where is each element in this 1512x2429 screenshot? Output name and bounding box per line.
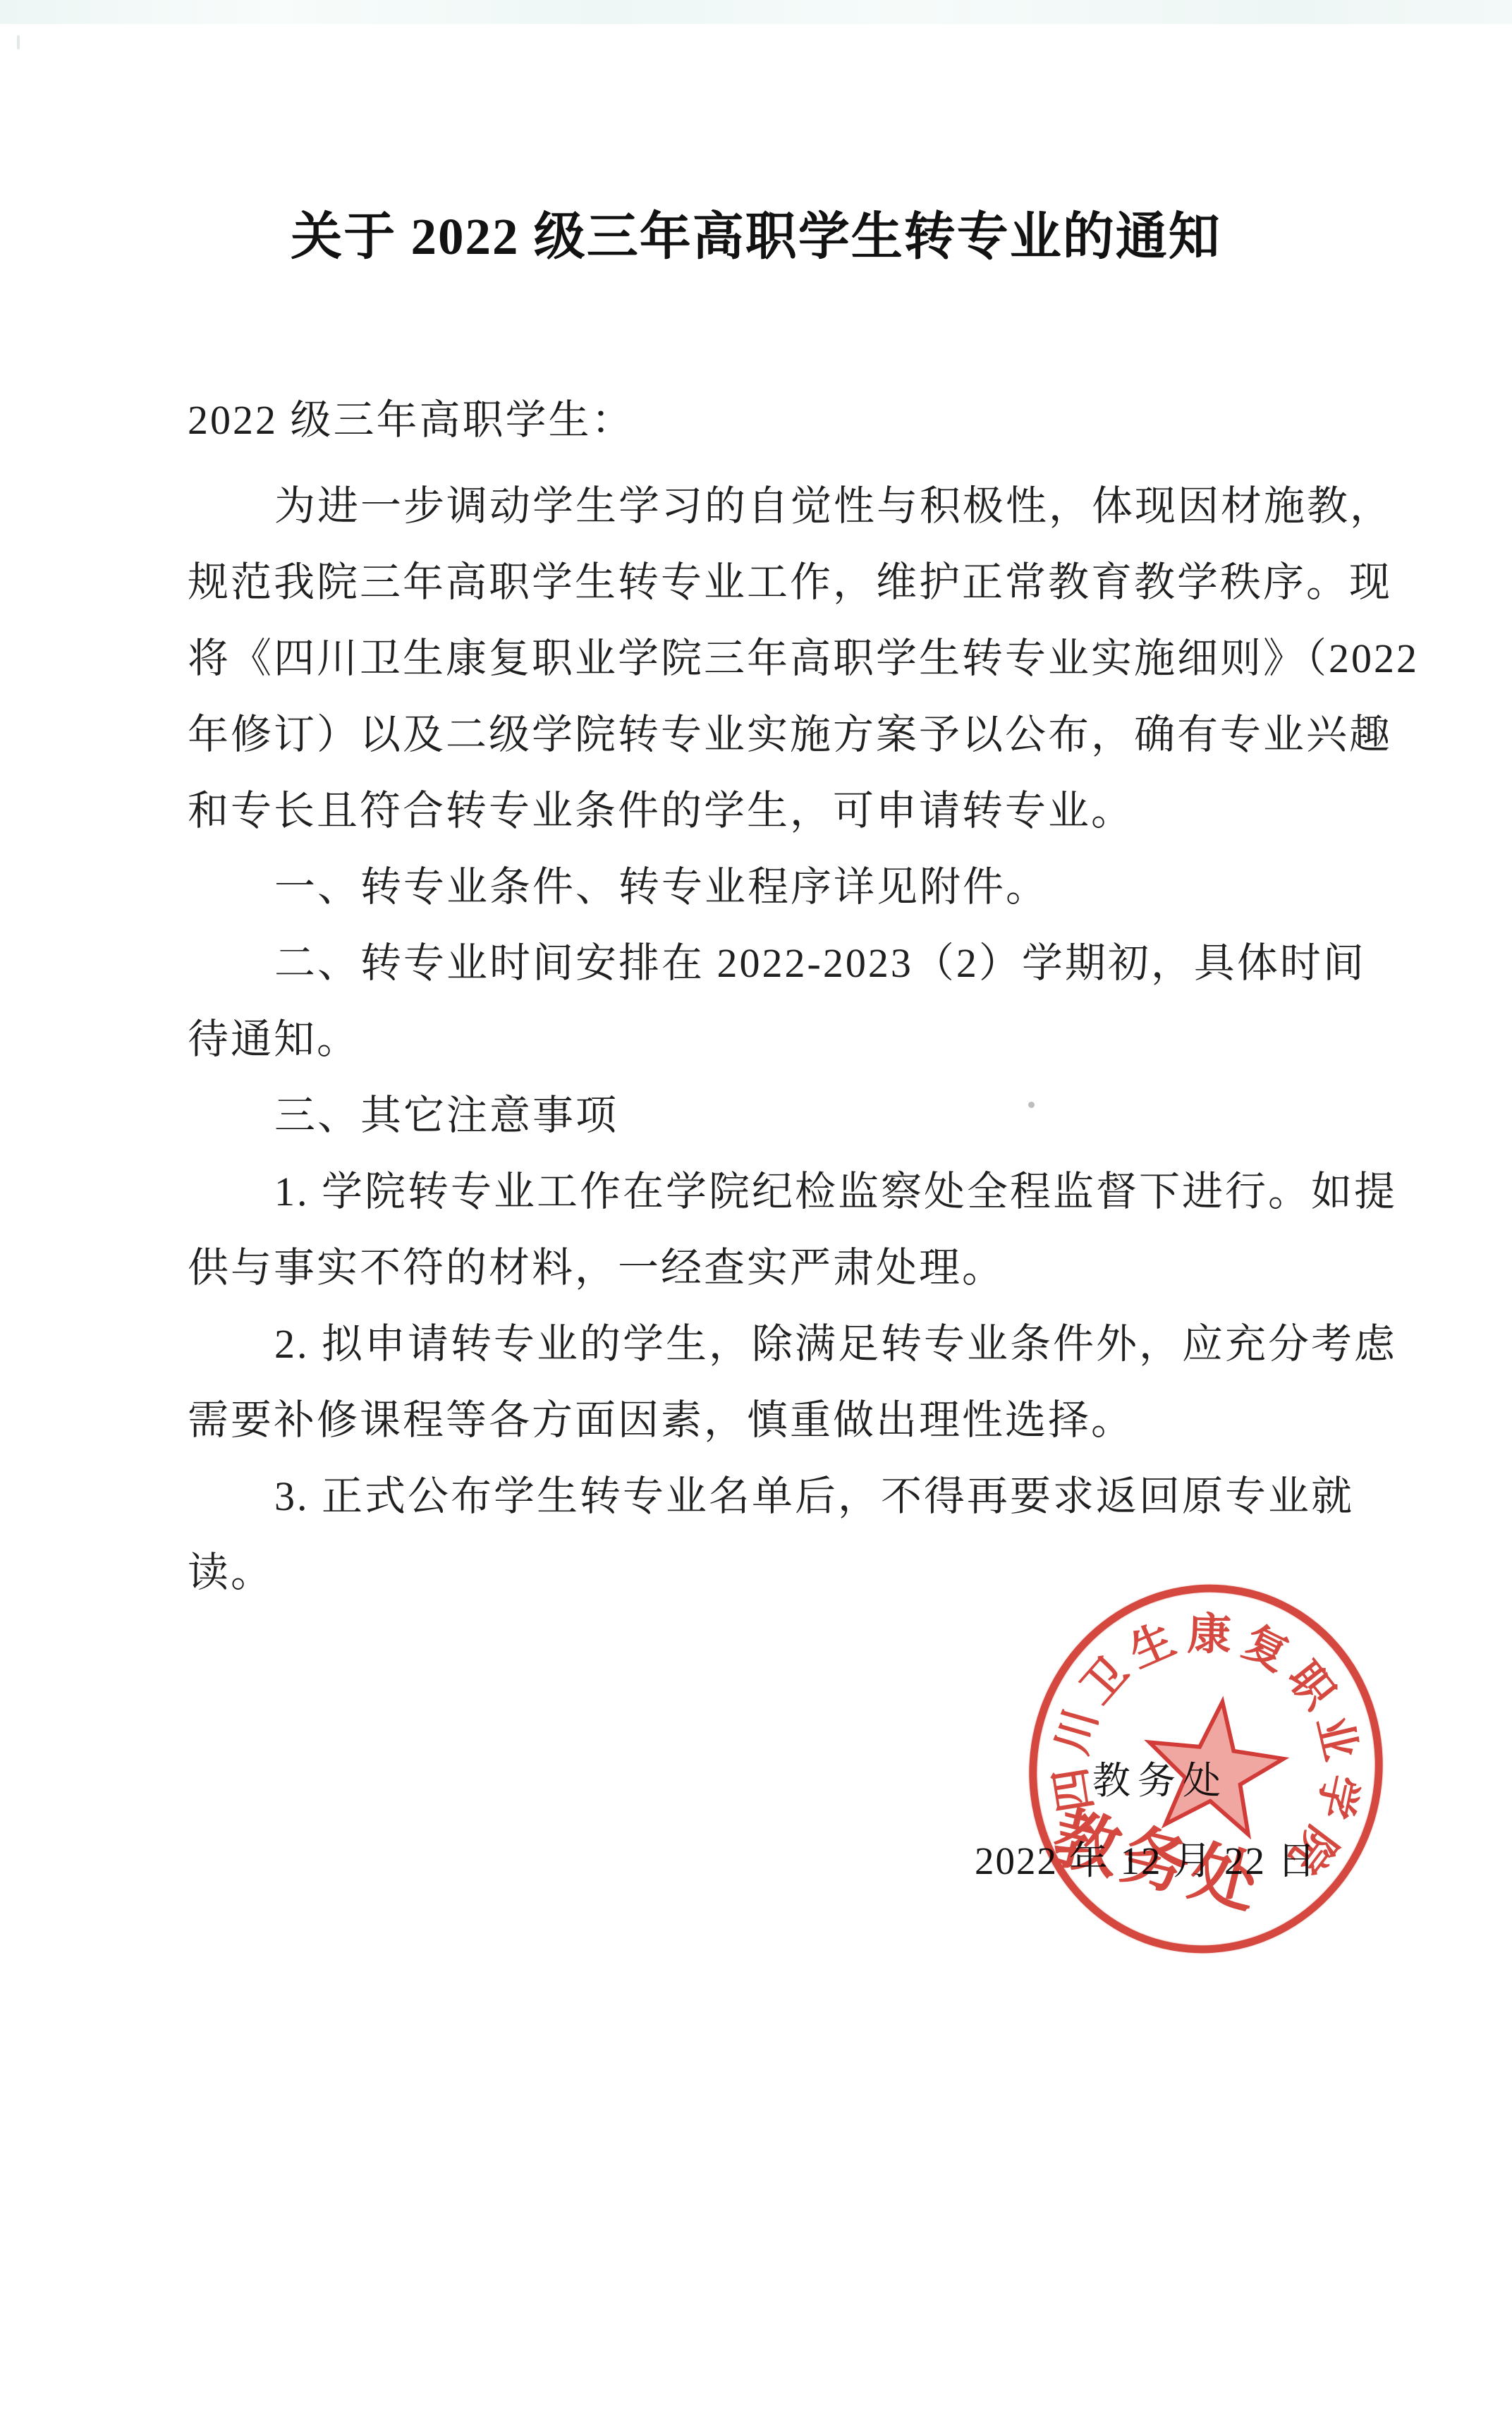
document-body: 为进一步调动学生学习的自觉性与积极性，体现因材施教，规范我院三年高职学生转专业工… <box>188 468 1415 1611</box>
body-line: 需要补修课程等各方面因素，慎重做出理性选择。 <box>188 1382 1415 1459</box>
seal-ring-char: 卫 <box>1064 1640 1140 1715</box>
body-line: 将《四川卫生康复职业学院三年高职学生转专业实施细则》（2022 <box>188 621 1415 697</box>
seal-ring-char: 生 <box>1118 1605 1183 1679</box>
body-line: 三、其它注意事项 <box>188 1078 1415 1154</box>
body-line: 待通知。 <box>188 1002 1415 1078</box>
body-line: 年修订）以及二级学院转专业实施方案予以公布，确有专业兴趣 <box>188 697 1415 773</box>
page-title: 关于 2022 级三年高职学生转专业的通知 <box>0 195 1512 269</box>
scan-artifact-band <box>0 0 1512 24</box>
seal-ring-char: 康 <box>1187 1599 1232 1663</box>
scan-speck <box>1028 1102 1035 1108</box>
seal-ring-char: 复 <box>1234 1607 1301 1683</box>
seal-ring-char: 川 <box>1037 1700 1109 1760</box>
body-line: 供与事实不符的材料，一经查实严肃处理。 <box>188 1230 1415 1306</box>
salutation-line: 2022 级三年高职学生： <box>188 386 635 446</box>
body-line: 规范我院三年高职学生转专业工作，维护正常教育教学秩序。现 <box>188 544 1415 621</box>
body-line: 二、转专业时间安排在 2022-2023（2）学期初，具体时间 <box>188 925 1415 1002</box>
body-line: 3. 正式公布学生转专业名单后，不得再要求返回原专业就 <box>188 1459 1415 1535</box>
official-seal: 四川卫生康复职业学院 教务处 <box>990 1547 1422 1990</box>
body-line: 和专长且符合转专业条件的学生，可申请转专业。 <box>188 773 1415 849</box>
body-line: 一、转专业条件、转专业程序详见附件。 <box>188 849 1415 925</box>
scan-artifact-tick <box>17 35 20 49</box>
seal-ring-char: 学 <box>1306 1770 1377 1825</box>
notice-document-page: 关于 2022 级三年高职学生转专业的通知 2022 级三年高职学生： 为进一步… <box>0 0 1512 2429</box>
seal-ring-char: 业 <box>1305 1709 1376 1766</box>
body-line: 2. 拟申请转专业的学生，除满足转专业条件外，应充分考虑 <box>188 1306 1415 1382</box>
body-line: 为进一步调动学生学习的自觉性与积极性，体现因材施教， <box>188 468 1415 544</box>
body-line: 1. 学院转专业工作在学院纪检监察处全程监督下进行。如提 <box>188 1154 1415 1230</box>
